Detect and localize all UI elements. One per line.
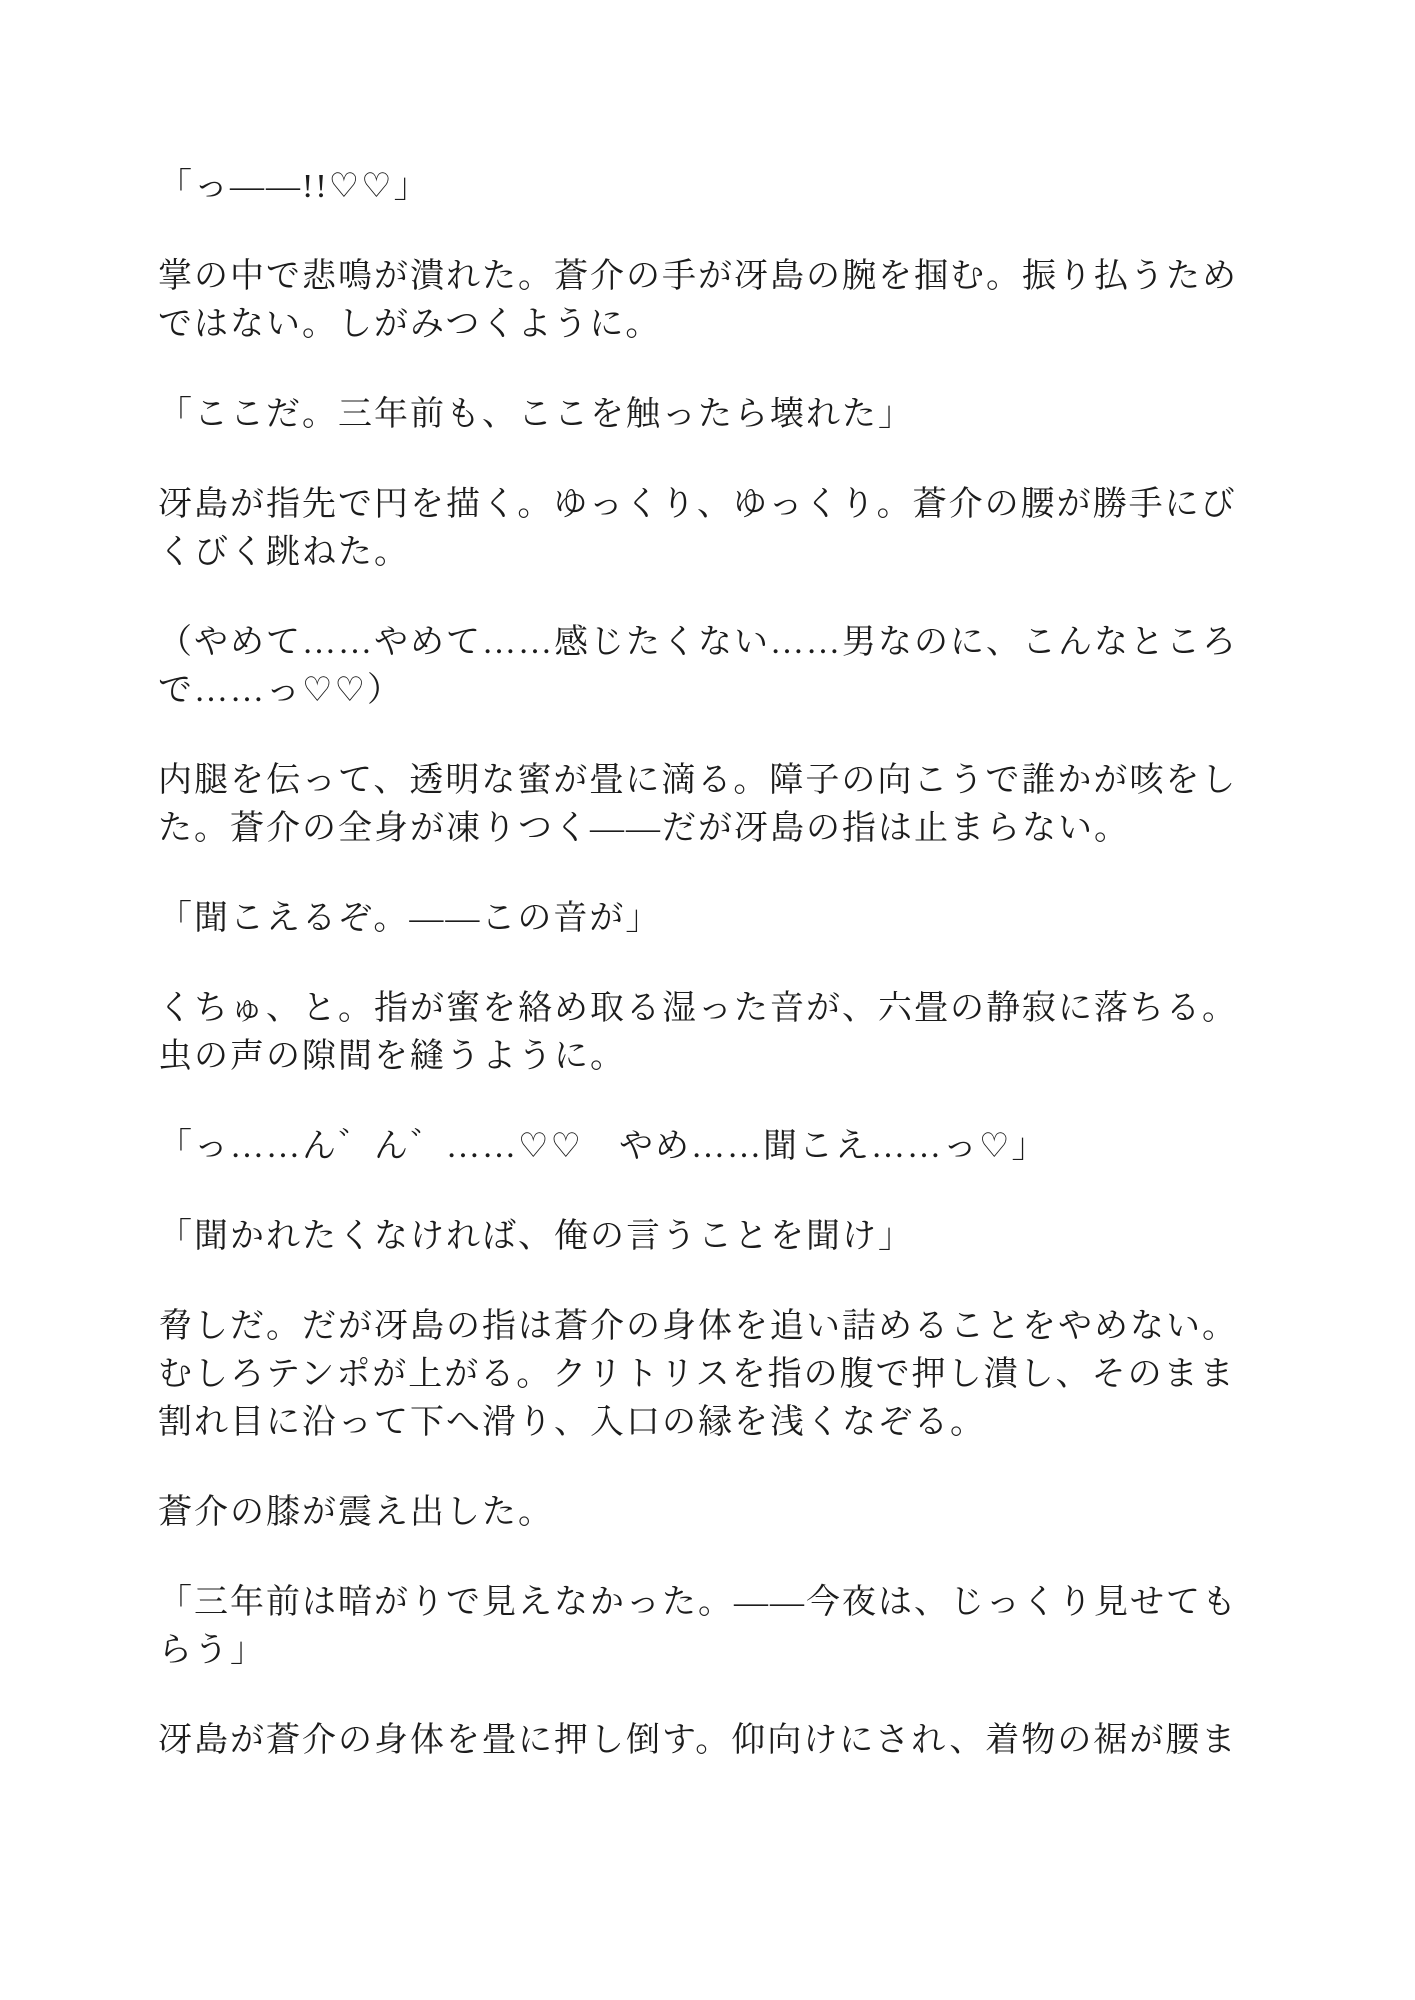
paragraph: 掌の中で悲鳴が潰れた。蒼介の手が冴島の腕を掴む。振り払うため ではない。しがみつ… bbox=[158, 253, 1265, 349]
paragraph-dialogue: 「っ——!!♡♡」 bbox=[158, 163, 1265, 211]
paragraph-dialogue: 「っ……ん゛ん゛……♡♡ やめ……聞こえ……っ♡」 bbox=[158, 1123, 1265, 1171]
paragraph-dialogue: 「聞かれたくなければ、俺の言うことを聞け」 bbox=[158, 1213, 1265, 1261]
paragraph: 内腿を伝って、透明な蜜が畳に滴る。障子の向こうで誰かが咳をし た。蒼介の全身が凍… bbox=[158, 757, 1265, 853]
novel-text-block: 「っ——!!♡♡」 掌の中で悲鳴が潰れた。蒼介の手が冴島の腕を掴む。振り払うため… bbox=[158, 163, 1265, 1765]
paragraph-dialogue: 「ここだ。三年前も、ここを触ったら壊れた」 bbox=[158, 391, 1265, 439]
paragraph-dialogue: 「三年前は暗がりで見えなかった。——今夜は、じっくり見せても らう」 bbox=[158, 1579, 1265, 1675]
document-page: 「っ——!!♡♡」 掌の中で悲鳴が潰れた。蒼介の手が冴島の腕を掴む。振り払うため… bbox=[0, 0, 1415, 2000]
paragraph: 冴島が蒼介の身体を畳に押し倒す。仰向けにされ、着物の裾が腰ま bbox=[158, 1717, 1265, 1765]
paragraph: 冴島が指先で円を描く。ゆっくり、ゆっくり。蒼介の腰が勝手にび くびく跳ねた。 bbox=[158, 481, 1265, 577]
paragraph: 脅しだ。だが冴島の指は蒼介の身体を追い詰めることをやめない。 むしろテンポが上が… bbox=[158, 1303, 1265, 1447]
paragraph: くちゅ、と。指が蜜を絡め取る湿った音が、六畳の静寂に落ちる。 虫の声の隙間を縫う… bbox=[158, 985, 1265, 1081]
paragraph-inner-monologue: （やめて……やめて……感じたくない……男なのに、こんなところ で……っ♡♡） bbox=[158, 619, 1265, 715]
paragraph-dialogue: 「聞こえるぞ。——この音が」 bbox=[158, 895, 1265, 943]
paragraph: 蒼介の膝が震え出した。 bbox=[158, 1489, 1265, 1537]
